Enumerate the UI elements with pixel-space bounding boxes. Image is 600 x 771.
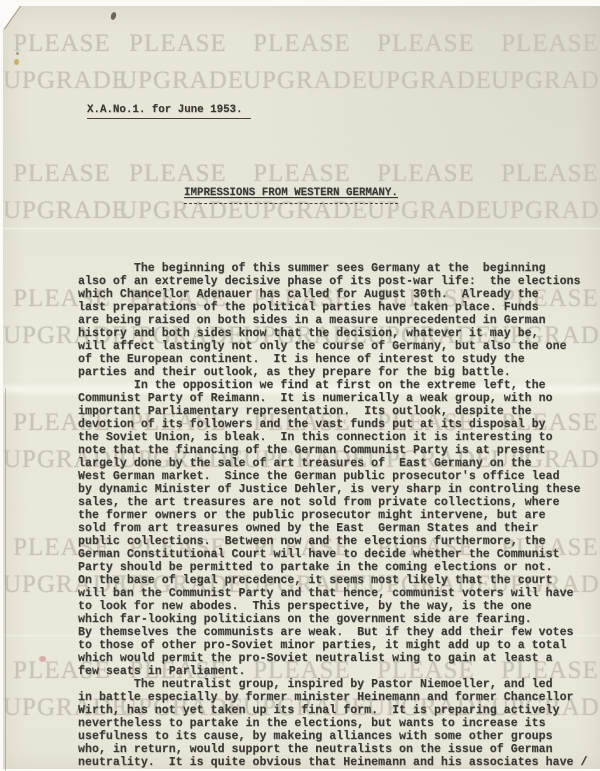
watermark-word-please: PLEASE (243, 29, 361, 59)
document-title-text: IMPRESSIONS FROM WESTERN GERMANY. (184, 187, 398, 199)
watermark-word-please: PLEASE (3, 29, 121, 59)
watermark-word-upgrade: UPGRADE (491, 66, 600, 96)
watermark-tile: PLEASEUPGRADE (243, 29, 361, 96)
scan-speck (16, 52, 19, 55)
watermark-word-upgrade: UPGRADE (367, 66, 485, 96)
watermark-word-upgrade: UPGRADE (491, 196, 600, 226)
watermark-word-please: PLEASE (3, 159, 121, 189)
document-body: The beginning of this summer sees German… (78, 262, 588, 769)
scanned-page: PLEASEUPGRADEPLEASEUPGRADEPLEASEUPGRADEP… (0, 0, 600, 771)
folded-corner-line (3, 2, 23, 29)
watermark-tile: PLEASEUPGRADE (119, 29, 237, 96)
watermark-tile: PLEASEUPGRADE (367, 29, 485, 96)
paper-crease (3, 227, 600, 230)
watermark-word-please: PLEASE (491, 159, 600, 189)
document-title: IMPRESSIONS FROM WESTERN GERMANY. (184, 182, 398, 204)
document-reference: X.A.No.1. for June 1953. (87, 104, 251, 119)
watermark-word-please: PLEASE (491, 29, 600, 59)
scan-speck (110, 11, 117, 20)
scan-speck (14, 59, 19, 65)
watermark-tile: PLEASEUPGRADE (491, 29, 600, 96)
watermark-word-upgrade: UPGRADE (243, 66, 361, 96)
watermark-word-upgrade: UPGRADE (119, 66, 237, 96)
watermark-tile: PLEASEUPGRADE (3, 29, 121, 96)
watermark-tile: PLEASEUPGRADE (3, 159, 121, 226)
paper-sheet: PLEASEUPGRADEPLEASEUPGRADEPLEASEUPGRADEP… (3, 6, 600, 769)
watermark-word-please: PLEASE (119, 29, 237, 59)
watermark-word-upgrade: UPGRADE (3, 66, 121, 96)
watermark-word-upgrade: UPGRADE (3, 196, 121, 226)
scan-speck (39, 656, 46, 662)
watermark-word-please: PLEASE (367, 29, 485, 59)
scan-edge-line (5, 388, 6, 771)
watermark-tile: PLEASEUPGRADE (491, 159, 600, 226)
